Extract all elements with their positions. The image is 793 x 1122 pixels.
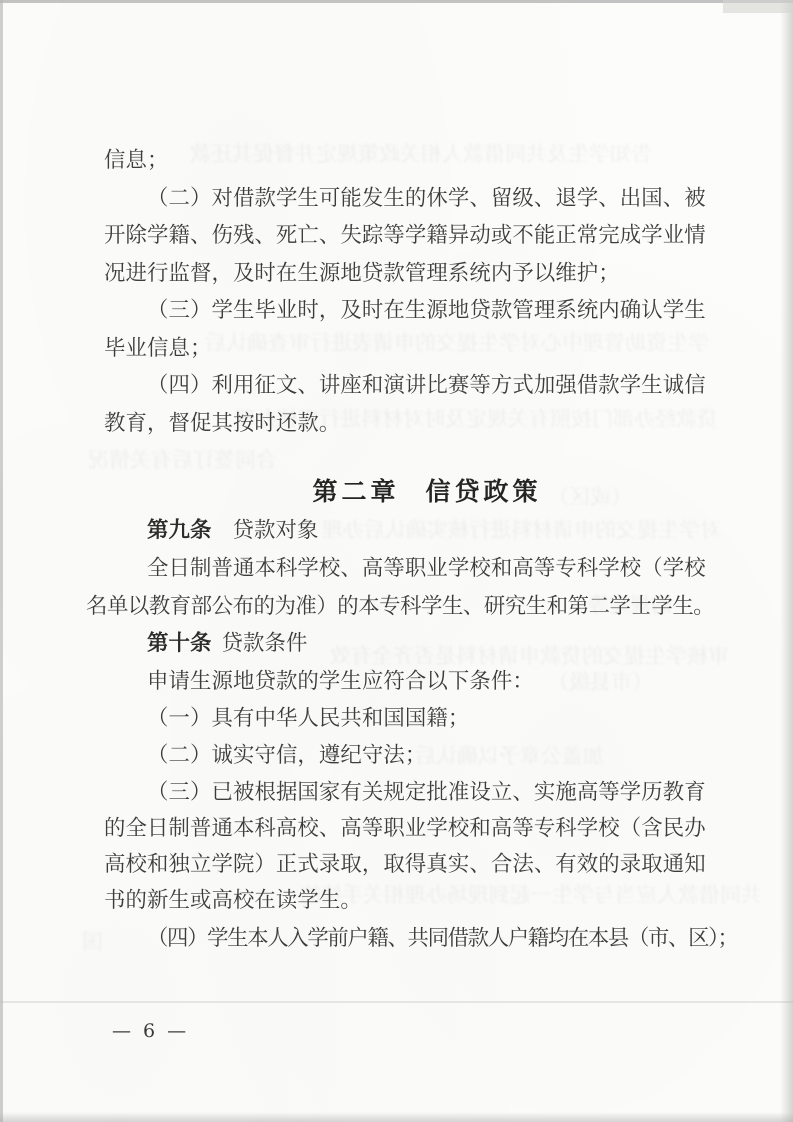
document-line: （二）对借款学生可能发生的休学、留级、退学、出国、被 [147, 183, 706, 213]
chapter-title: 信贷政策 [426, 478, 542, 506]
scan-edge-top [0, 0, 793, 3]
article-9-label: 第九条 [147, 518, 211, 542]
document-line: 全日制普通本科学校、高等职业学校和高等专科学校（学校 [147, 553, 706, 583]
document-line: 况进行监督，及时在生源地贷款管理系统内予以维护； [104, 258, 620, 288]
article-10-line: 第十条贷款条件 [147, 628, 307, 658]
bleedthrough-text: 国 [82, 929, 103, 955]
document-line: （四）学生本人入学前户籍、共同借款人户籍均在本县（市、区）； [147, 923, 738, 953]
bleedthrough-text: 告知学生及共同借款人相关政策规定并督促其还款 [190, 141, 652, 167]
bleedthrough-text: 学生资助管理中心对学生提交的申请表进行审查确认后 [205, 330, 709, 356]
document-line: 信息； [104, 145, 168, 175]
document-line: 的全日制普通本科高校、高等职业学校和高等专科学校（含民办 [104, 813, 706, 843]
scanned-document-page: 告知学生及共同借款人相关政策规定并督促其还款 学生资助管理中心对学生提交的申请表… [0, 0, 793, 1122]
article-9-title: 贷款对象 [232, 518, 318, 542]
document-line: （四）利用征文、讲座和演讲比赛等方式加强借款学生诚信 [147, 370, 706, 400]
document-line: （三）已被根据国家有关规定批准设立、实施高等学历教育 [147, 777, 706, 807]
document-line: （二）诚实守信，遵纪守法； [147, 740, 426, 770]
document-line: 开除学籍、伤残、死亡、失踪等学籍异动或不能正常完成学业情 [104, 220, 706, 250]
scan-edge-corner [723, 0, 793, 13]
document-line: 名单以教育部公布的为准）的本专科学生、研究生和第二学士学生。 [86, 591, 714, 621]
page-number: — 6 — [112, 1020, 189, 1042]
document-line: 毕业信息； [104, 333, 211, 363]
bleedthrough-text: 合同签订后有关情况 [88, 447, 277, 473]
scan-crease-line [0, 1001, 793, 1003]
article-9-line: 第九条贷款对象 [147, 515, 318, 545]
article-10-label: 第十条 [147, 631, 211, 655]
article-10-title: 贷款条件 [221, 631, 307, 655]
bleedthrough-text: 共同借款人应当与学生一起到现场办理相关手续的 [300, 882, 762, 908]
document-line: 申请生源地贷款的学生应符合以下条件： [147, 666, 534, 696]
bleedthrough-text: 对学生提交的申请材料进行核实确认后办理 [322, 517, 721, 543]
document-line: 教育，督促其按时还款。 [104, 408, 340, 438]
scan-edge-bottom [0, 1112, 793, 1122]
chapter-heading: 第二章信贷政策 [128, 476, 726, 508]
document-line: （三）学生毕业时，及时在生源地贷款管理系统内确认学生 [147, 295, 706, 325]
document-line: 高校和独立学院）正式录取，取得真实、合法、有效的录取通知 [104, 849, 706, 879]
bleedthrough-text: （市县级） [548, 669, 653, 695]
scan-edge-right [780, 0, 793, 1122]
bleedthrough-text: 加盖公章予以确认后 [415, 743, 604, 769]
scan-edge-left [0, 0, 3, 1122]
chapter-number: 第二章 [312, 478, 399, 506]
document-line: 书的新生或高校在读学生。 [104, 885, 362, 915]
document-line: （一）具有中华人民共和国国籍； [147, 703, 469, 733]
